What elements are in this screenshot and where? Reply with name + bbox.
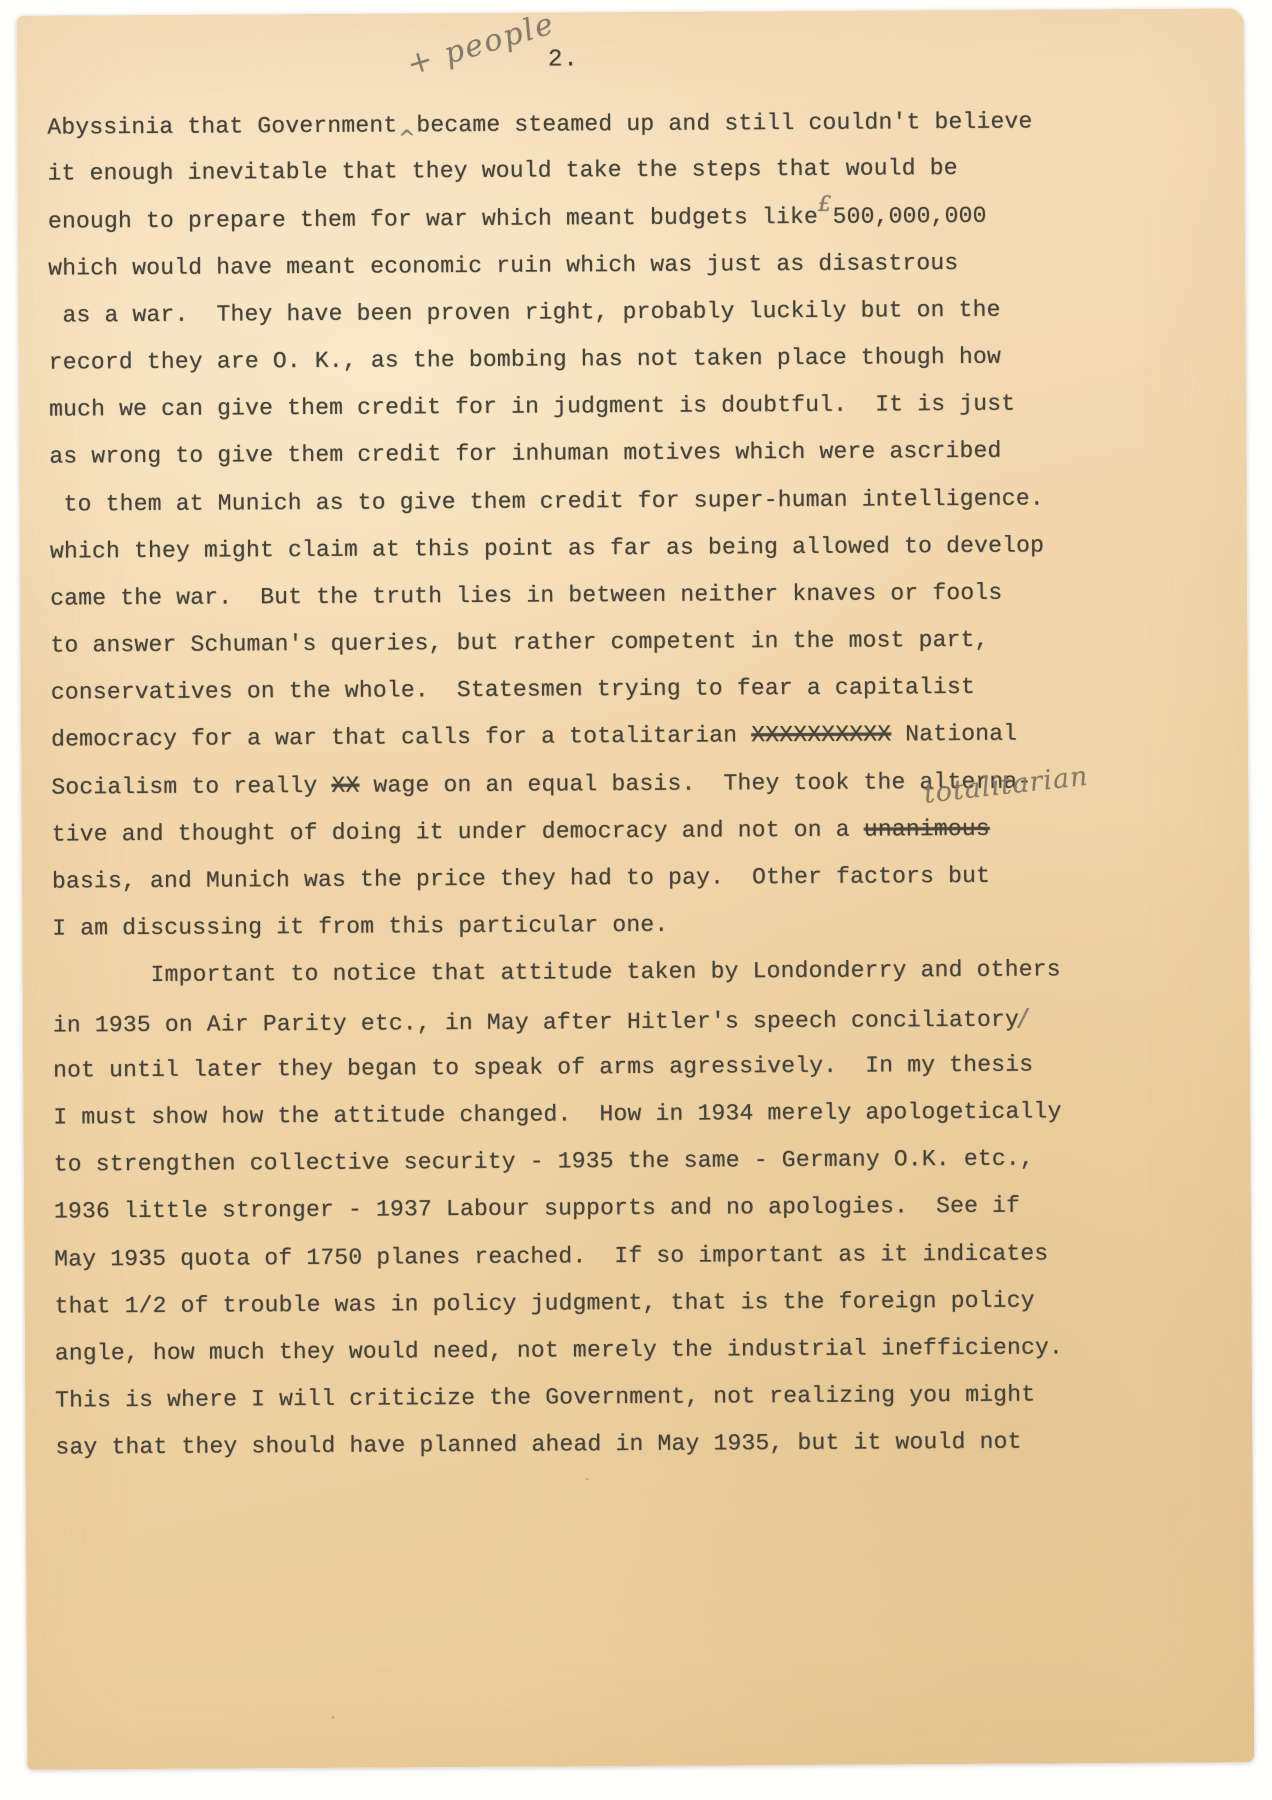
typed-text: democracy for a war that calls for a tot… [51, 723, 751, 753]
paper-speck [586, 1478, 589, 1480]
typed-line: angle, how much they would need, not mer… [55, 1323, 1238, 1377]
typed-text: enough to prepare them for war which mea… [48, 204, 818, 235]
typed-text: say that they should have planned ahead … [55, 1429, 1021, 1461]
typed-text: not until later they began to speak of a… [53, 1051, 1033, 1083]
manuscript-page: + people 2. Abyssinia that Government^be… [17, 8, 1255, 1769]
typed-line: basis, and Munich was the price they had… [52, 851, 1235, 905]
typed-line: in 1935 on Air Parity etc., in May after… [53, 993, 1236, 1047]
typed-line: conservatives on the whole. Statesmen tr… [51, 663, 1234, 717]
typed-line: Important to notice that attitude taken … [52, 946, 1235, 1000]
typed-text: record they are O. K., as the bombing ha… [49, 344, 1001, 376]
typed-text: 1936 little stronger - 1937 Labour suppo… [54, 1193, 1020, 1225]
typed-text: which they might claim at this point as … [50, 532, 1044, 564]
page-number: 2. [548, 46, 579, 73]
scanned-document: + people 2. Abyssinia that Government^be… [0, 0, 1272, 1800]
typed-text: as wrong to give them credit for inhuman… [49, 438, 1001, 470]
typed-line: tive and thought of doing it under democ… [52, 804, 1235, 858]
typed-text: as a war. They have been proven right, p… [48, 297, 1000, 329]
typed-text: much we can give them credit for in judg… [49, 391, 1015, 423]
typed-text: angle, how much they would need, not mer… [55, 1334, 1063, 1366]
typed-text: to answer Schuman's queries, but rather … [50, 627, 988, 659]
typed-text: 500,000,000 [833, 203, 987, 230]
handwritten-insertion: + people [403, 6, 559, 82]
typed-text: Abyssinia that Government [47, 112, 397, 140]
typed-line: it enough inevitable that they would tak… [47, 144, 1230, 198]
typed-line: to them at Munich as to give them credit… [49, 474, 1232, 528]
typed-line: which they might claim at this point as … [50, 521, 1233, 575]
typed-text: I must show how the attitude changed. Ho… [53, 1098, 1061, 1130]
typed-text: This is where I will criticize the Gover… [55, 1382, 1035, 1414]
paper-speck [332, 1716, 334, 1719]
typed-text: Important to notice that attitude taken … [52, 957, 1060, 989]
annotation-slash: / [1019, 1003, 1027, 1031]
typed-line: I am discussing it from this particular … [52, 899, 1235, 953]
typed-text: National [891, 721, 1017, 748]
typed-text: came the war. But the truth lies in betw… [50, 580, 1002, 612]
typed-text: tive and thought of doing it under democ… [52, 816, 864, 847]
annotation-strike: XXXXXXXXXX [751, 722, 891, 749]
typed-line: 1936 little stronger - 1937 Labour suppo… [54, 1182, 1237, 1236]
typed-line: democracy for a war that calls for a tot… [51, 710, 1234, 764]
annotation-pound: £ [818, 192, 832, 216]
typed-text: that 1/2 of trouble was in policy judgme… [54, 1287, 1034, 1319]
annotation-strike: unanimous [864, 816, 990, 843]
typed-line: that 1/2 of trouble was in policy judgme… [54, 1276, 1237, 1330]
paper-speck [461, 733, 463, 735]
paper-speck [113, 268, 116, 271]
typed-text: basis, and Munich was the price they had… [52, 863, 990, 895]
typed-text: conservatives on the whole. Statesmen tr… [51, 674, 975, 706]
typed-text: in 1935 on Air Parity etc., in May after… [53, 1006, 1019, 1038]
typed-text: it enough inevitable that they would tak… [48, 155, 958, 187]
typed-line: enough to prepare them for war which mea… [48, 191, 1231, 245]
typed-text: I am discussing it from this particular … [52, 912, 668, 942]
typed-line: This is where I will criticize the Gover… [55, 1370, 1238, 1424]
typed-line: much we can give them credit for in judg… [49, 379, 1232, 433]
typed-line: May 1935 quota of 1750 planes reached. I… [54, 1229, 1237, 1283]
typed-text: to them at Munich as to give them credit… [50, 485, 1044, 517]
typed-line: Abyssinia that Government^became steamed… [47, 96, 1230, 150]
typed-line: to strengthen collective security - 1935… [54, 1134, 1237, 1188]
typed-line: say that they should have planned ahead … [55, 1418, 1238, 1472]
typed-line: record they are O. K., as the bombing ha… [49, 332, 1232, 386]
typed-line: as a war. They have been proven right, p… [48, 285, 1231, 339]
typed-text: became steamed up and still couldn't bel… [416, 109, 1032, 139]
typed-line: I must show how the attitude changed. Ho… [53, 1087, 1236, 1141]
typed-line: as wrong to give them credit for inhuman… [49, 427, 1232, 481]
typed-text: May 1935 quota of 1750 planes reached. I… [54, 1240, 1048, 1272]
typed-text: Socialism to really [51, 772, 331, 800]
typed-line: which would have meant economic ruin whi… [48, 238, 1231, 292]
annotation-strike: XX [331, 772, 359, 798]
typed-line: not until later they began to speak of a… [53, 1040, 1236, 1094]
typed-line: to answer Schuman's queries, but rather … [50, 615, 1233, 669]
typed-text: which would have meant economic ruin whi… [48, 250, 958, 282]
typed-line: came the war. But the truth lies in betw… [50, 568, 1233, 622]
typed-text: to strengthen collective security - 1935… [54, 1146, 1034, 1178]
annotation-caret: ^ [397, 125, 416, 149]
